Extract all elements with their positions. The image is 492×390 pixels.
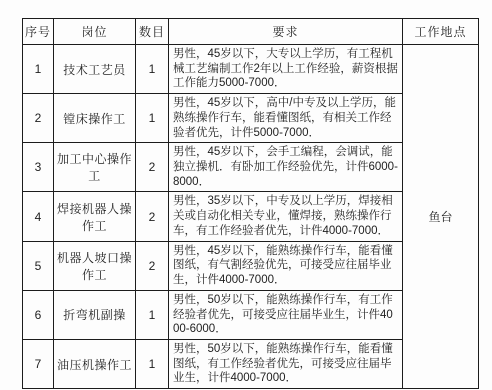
cell-count: 1 (136, 339, 169, 388)
cell-requirements: 男性，45岁以下，大专以上学历，有工程机械工艺编制工作2年以上工作经验，薪资根据… (169, 45, 403, 94)
cell-position: 技术工艺员 (54, 45, 136, 94)
cell-no: 5 (23, 241, 54, 290)
cell-count: 1 (136, 94, 169, 143)
cell-no: 3 (23, 143, 54, 192)
header-row: 序号 岗位 数目 要求 工作地点 (23, 19, 479, 45)
cell-no: 6 (23, 290, 54, 339)
cell-requirements: 男性，50岁以下，能熟练操作行车，能看懂图纸，有工作经验者优先，可接受应往届毕业… (169, 339, 403, 388)
cell-requirements: 男性，45岁以下，高中/中专及以上学历，能熟练操作行车，能看懂图纸，有相关工作经… (169, 94, 403, 143)
cell-position: 油压机操作工 (54, 339, 136, 388)
cell-position: 加工中心操作工 (54, 143, 136, 192)
column-header-location: 工作地点 (403, 19, 479, 45)
cell-no: 4 (23, 192, 54, 241)
column-header-count: 数目 (136, 19, 169, 45)
cell-position: 折弯机副操 (54, 290, 136, 339)
column-header-requirements: 要求 (169, 19, 403, 45)
cell-count: 1 (136, 45, 169, 94)
cell-requirements: 男性，45岁以下，会手工编程，会调试，能独立操机．有卧加工作经验优先，计件600… (169, 143, 403, 192)
cell-requirements: 男性，35岁以下，中专及以上学历，焊接相关或自动化相关专业，懂焊接，熟练操作行车… (169, 192, 403, 241)
page: 序号 岗位 数目 要求 工作地点 1 技术工艺员 1 男性，45岁以下，大专以上… (0, 0, 492, 390)
cell-no: 7 (23, 339, 54, 388)
cell-position: 焊接机器人操作工 (54, 192, 136, 241)
cell-position: 镗床操作工 (54, 94, 136, 143)
column-header-no: 序号 (23, 19, 54, 45)
column-header-position: 岗位 (54, 19, 136, 45)
cell-count: 1 (136, 290, 169, 339)
cell-count: 2 (136, 192, 169, 241)
cell-no: 1 (23, 45, 54, 94)
location-cell: 鱼台 (403, 45, 479, 389)
table-row: 1 技术工艺员 1 男性，45岁以下，大专以上学历，有工程机械工艺编制工作2年以… (23, 45, 479, 94)
cell-requirements: 男性，45岁以下，能熟练操作行车，能看懂图纸，有气割经验优先，可接受应往届毕业生… (169, 241, 403, 290)
cell-count: 2 (136, 241, 169, 290)
cell-position: 机器人坡口操作工 (54, 241, 136, 290)
job-table: 序号 岗位 数目 要求 工作地点 1 技术工艺员 1 男性，45岁以下，大专以上… (22, 18, 479, 389)
cell-count: 2 (136, 143, 169, 192)
cell-no: 2 (23, 94, 54, 143)
cell-requirements: 男性，50岁以下，能熟练操作行车，有工作经验者优先，可接受应往届毕业生，计件40… (169, 290, 403, 339)
